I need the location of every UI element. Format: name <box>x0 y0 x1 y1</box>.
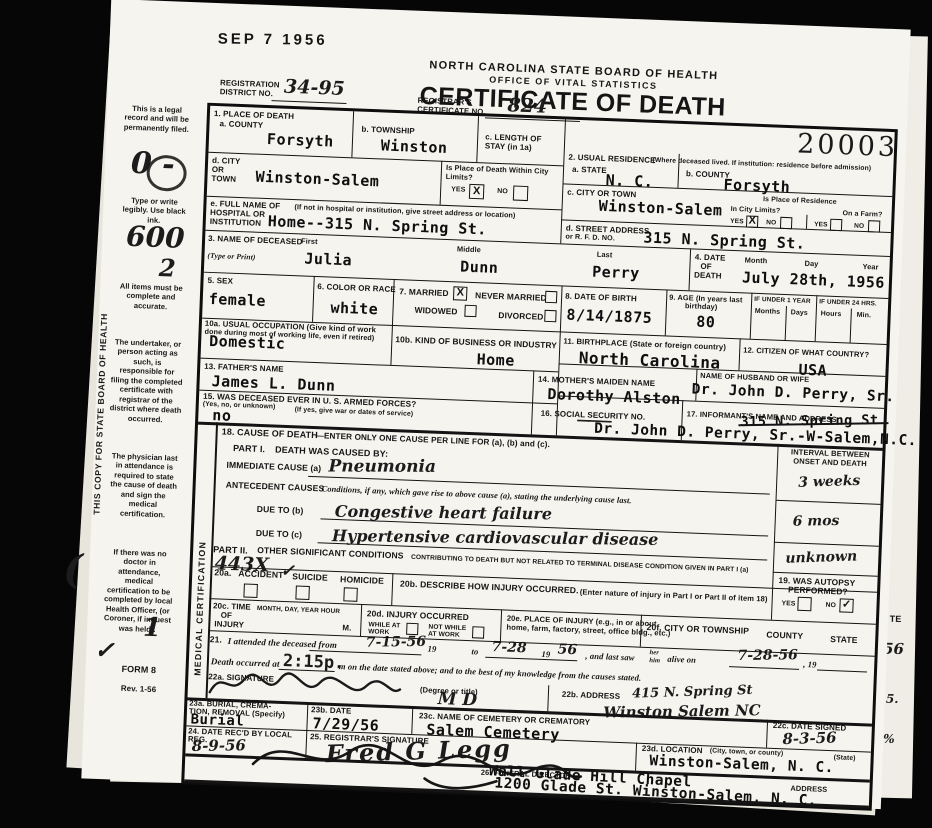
usual-residence-section-label: 2. USUAL RESIDENCE <box>568 153 655 166</box>
handwritten-600-mark: 600 <box>126 220 186 255</box>
last-seen-alive-value: 7-28-56 <box>737 647 798 664</box>
handwritten-1-mark: 1 <box>143 613 162 644</box>
yes-label: YES <box>781 600 795 608</box>
middle-name-label: Middle <box>457 245 481 254</box>
length-of-stay-label: c. LENGTH OF STAY (in 1a) <box>485 132 558 153</box>
divider-line <box>391 573 394 605</box>
margin-undertaker-note: The undertaker, or person acting as such… <box>109 337 184 425</box>
occupation-value: Domestic <box>209 332 286 353</box>
injury-occurred-label: 20d. INJURY OCCURRED <box>367 609 469 623</box>
divider-line <box>665 289 668 335</box>
homicide-checkbox <box>343 587 358 602</box>
type-or-print-label: (Type or Print) <box>207 252 255 263</box>
form-revision: Rev. 1-56 <box>121 684 157 695</box>
first-name-label: First <box>301 237 318 246</box>
no-label: NO <box>854 223 864 231</box>
edge-text-fragment: % <box>883 732 895 746</box>
handwritten-checkmark: ✓ <box>94 635 115 665</box>
divider-line <box>785 306 788 340</box>
attended-num: 21. <box>210 635 223 645</box>
due-to-c-label: DUE TO (c) <box>256 529 303 541</box>
suicide-label: SUICIDE <box>292 572 328 583</box>
location-state-label: (State) <box>834 754 856 763</box>
date-of-death-value: July 28th, 1956 <box>742 268 886 291</box>
age-label2: birthday) <box>685 302 718 312</box>
residence-city-value: Winston-Salem <box>598 197 723 220</box>
serial-number: 20003 <box>797 128 899 163</box>
dob-value: 8/14/1875 <box>566 306 652 327</box>
city-town-value: Winston-Salem <box>255 168 380 191</box>
citizen-label: 12. CITIZEN OF WHAT COUNTRY? <box>743 346 873 360</box>
registration-district-label2: DISTRICT NO. <box>220 88 273 99</box>
never-married-label: NEVER MARRIED <box>475 291 547 303</box>
edge-text-fragment: 5. <box>886 692 899 706</box>
divorced-label: DIVORCED <box>498 311 543 322</box>
sex-value: female <box>208 290 266 310</box>
divider-line <box>774 542 879 547</box>
widowed-checkbox <box>464 305 476 317</box>
death-city-limits-question: Is Place of Death Within City Limits? <box>446 164 559 185</box>
margin-no-doctor-note: If there was no doctor in attendance, me… <box>101 547 176 635</box>
address-label: 22b. ADDRESS <box>562 690 621 701</box>
day-label: Day <box>804 260 818 269</box>
divider-line <box>312 276 315 322</box>
last-name-label: Last <box>597 251 613 260</box>
handwritten-2-mark: 2 <box>158 253 176 283</box>
alive-on-label: alive on <box>667 655 696 666</box>
entry-line <box>817 670 867 673</box>
homicide-label: HOMICIDE <box>340 575 384 587</box>
if-under-24-hrs-label: IF UNDER 24 HRS. <box>819 298 877 308</box>
accident-checkbox <box>243 583 258 598</box>
days-label: Days <box>791 309 808 318</box>
yes-label: YES <box>814 221 828 229</box>
interval-b-value: 6 mos <box>793 513 840 530</box>
divider-line <box>392 279 395 325</box>
cause-of-death-header: 18. CAUSE OF DEATH <box>222 426 318 440</box>
time-m-label: M. <box>342 623 351 633</box>
due-to-b-label: DUE TO (b) <box>257 505 304 517</box>
autopsy-no-checkbox: ✓ <box>839 598 854 613</box>
entry-line <box>729 666 799 670</box>
township-label: b. TOWNSHIP <box>361 125 415 136</box>
received-date-stamp: SEP 7 1956 <box>218 30 328 49</box>
if-under-1-year-label: IF UNDER 1 YEAR <box>754 296 811 306</box>
describe-injury-label: 20b. DESCRIBE HOW INJURY OCCURRED. <box>400 579 579 596</box>
year-19-label: 19 <box>427 645 436 655</box>
margin-legal-note: This is a legal record and will be perma… <box>120 103 193 134</box>
first-name-value: Julia <box>304 250 352 270</box>
residence-state-label: a. STATE <box>572 165 607 176</box>
certifier-address-value1: 415 N. Spring St <box>632 683 753 702</box>
industry-value: Home <box>476 350 515 369</box>
divider-line <box>766 720 768 748</box>
divider-line <box>850 309 853 343</box>
months-label: Months <box>755 308 781 317</box>
divider-line <box>771 444 779 620</box>
time-of-injury-sub: MONTH, DAY, YEAR HOUR <box>257 605 340 616</box>
county-value: Forsyth <box>267 130 334 151</box>
divider-line <box>806 215 808 229</box>
death-city-limits-no-checkbox <box>513 186 529 202</box>
antecedent-label: ANTECEDENT CAUSES <box>225 481 324 495</box>
him-label: him <box>649 657 660 665</box>
divider-line <box>547 685 549 711</box>
divorced-checkbox <box>544 310 556 322</box>
divider-line <box>476 116 479 162</box>
no-label: NO <box>766 219 776 227</box>
city-town-label: d. CITY OR TOWN <box>211 156 244 185</box>
accident-label: ACCIDENT <box>238 569 284 581</box>
divider-line <box>750 293 753 339</box>
checkbox-x-mark: X <box>456 286 464 298</box>
part1-label: PART I. <box>233 443 265 455</box>
death-city-limits-yes-checkbox: X <box>469 184 485 200</box>
time-of-injury-label3: INJURY <box>214 619 244 629</box>
divider-line <box>271 100 346 104</box>
attended-text2: , and last saw <box>585 652 635 664</box>
widowed-label: WIDOWED <box>414 306 457 317</box>
dob-label: 8. DATE OF BIRTH <box>565 292 637 304</box>
suicide-checkbox <box>295 585 310 600</box>
form-number: FORM 8 <box>121 664 156 676</box>
min-label: Min. <box>856 312 871 321</box>
divider-line <box>440 161 443 205</box>
autopsy-yes-checkbox <box>797 597 812 612</box>
checkbox-x-mark: X <box>473 185 481 197</box>
interval-label: INTERVAL BETWEEN ONSET AND DEATH <box>783 448 878 469</box>
on-a-farm-question: On a Farm? <box>842 210 882 220</box>
checkbox-check-mark: ✓ <box>842 598 852 610</box>
township-value: Winston <box>380 136 447 157</box>
injury-20a-num: 20a. <box>214 568 232 579</box>
certificate-form: 20003 1. PLACE OF DEATH a. COUNTY Forsyt… <box>181 103 898 811</box>
yes-label: YES <box>730 218 744 226</box>
interval-a-value: 3 weeks <box>798 473 861 491</box>
divider-line <box>738 338 741 370</box>
divider-line <box>390 325 393 365</box>
sex-label: 5. SEX <box>207 276 233 286</box>
age-value: 80 <box>696 313 716 332</box>
divider-line <box>360 604 363 636</box>
street-address-label2: or R. F. D. NO. <box>565 233 615 243</box>
date-signed-value: 8-3-56 <box>782 728 837 748</box>
divider-line <box>775 500 880 505</box>
married-label: 7. MARRIED <box>399 287 449 299</box>
year-label: Year <box>862 263 878 272</box>
date-received-value: 8-9-56 <box>192 736 246 755</box>
ink-crescent-mark: ( <box>62 546 83 594</box>
injury-county-label: COUNTY <box>766 631 803 642</box>
name-of-deceased-label: 3. NAME OF DECEASED <box>208 234 303 247</box>
immediate-cause-label: IMMEDIATE CAUSE (a) <box>226 461 321 475</box>
month-label: Month <box>745 256 768 265</box>
never-married-checkbox <box>545 291 557 303</box>
district-number-value: 34-95 <box>284 76 346 100</box>
divider-line <box>351 111 354 157</box>
checkbox-x-mark: X <box>748 215 756 227</box>
race-value: white <box>330 299 378 319</box>
county-label: a. COUNTY <box>219 119 263 130</box>
no-label: NO <box>825 602 836 610</box>
ink-ring-mark <box>146 154 187 192</box>
divider-line <box>689 248 692 290</box>
divider-line <box>500 609 503 641</box>
margin-complete-note: All items must be complete and accurate. <box>115 281 186 312</box>
no-label: NO <box>497 188 508 196</box>
divider-line <box>815 295 818 341</box>
race-label: 6. COLOR OR RACE <box>317 282 396 294</box>
attended-text1: I attended the deceased from <box>228 636 338 651</box>
middle-name-value: Dunn <box>460 258 499 277</box>
immediate-cause-value: Pneumonia <box>328 456 436 476</box>
divider-line <box>677 154 680 188</box>
not-while-at-work-checkbox <box>472 626 484 638</box>
divider-line <box>635 743 637 771</box>
residence-question: Is Place of Residence <box>763 196 837 207</box>
last-name-value: Perry <box>592 263 640 283</box>
margin-physician-note: The physician last in attendance is requ… <box>107 451 179 520</box>
industry-label: 10b. KIND OF BUSINESS OR INDUSTRY <box>395 335 557 351</box>
edge-text-fragment: TE <box>890 614 902 625</box>
scanned-death-certificate: TE 56 5. % AUG This is a legal record an… <box>0 0 932 828</box>
date-of-death-label3: DEATH <box>694 271 722 281</box>
year-19-label: , 19 <box>803 660 817 670</box>
married-checkbox: X <box>453 286 468 301</box>
certificate-page: This is a legal record and will be perma… <box>81 0 910 809</box>
hours-label: Hours <box>821 310 842 319</box>
injury-state-label: STATE <box>830 635 858 646</box>
interval-c-value: unknown <box>785 548 857 566</box>
yes-label: YES <box>451 186 466 195</box>
part2-text: OTHER SIGNIFICANT CONDITIONS <box>257 546 404 561</box>
to-label: to <box>471 647 478 657</box>
describe-injury-paren: (Enter nature of injury in Part I or Par… <box>580 588 768 604</box>
her-label: her <box>649 649 659 657</box>
